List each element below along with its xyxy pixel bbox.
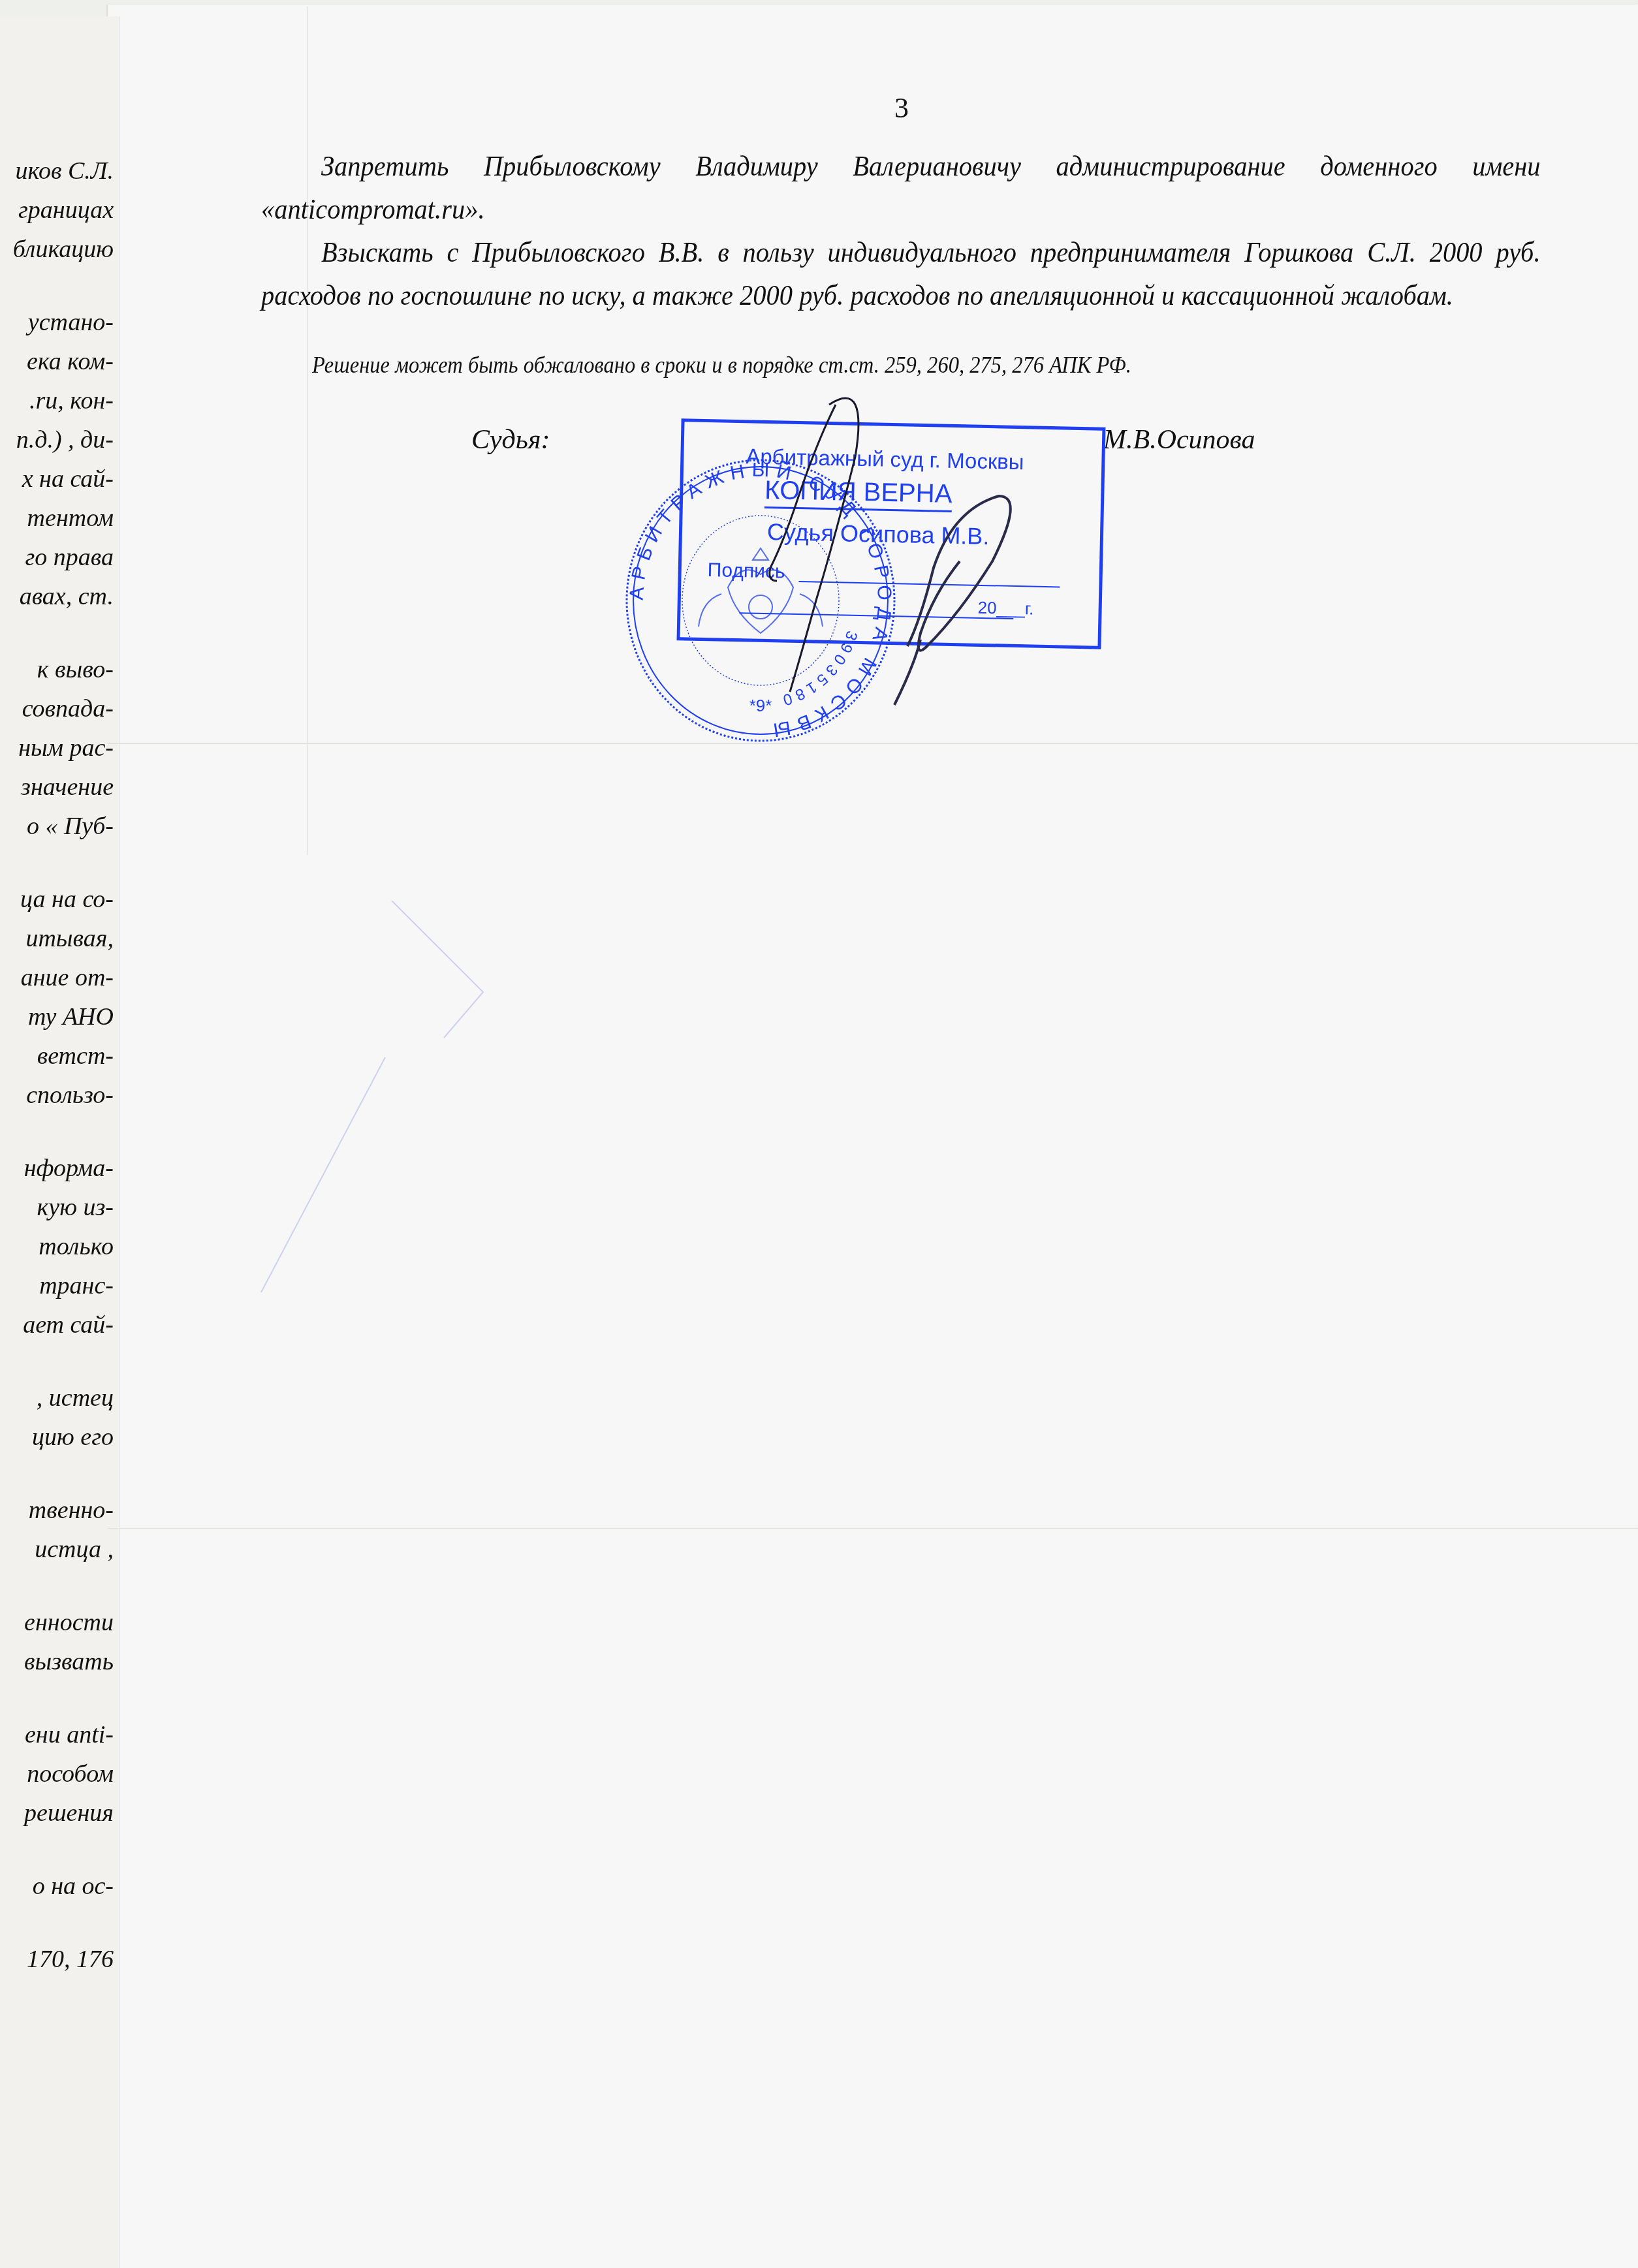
previous-page-line: иков С.Л. <box>16 157 114 185</box>
previous-page-line: нформа- <box>24 1154 114 1183</box>
page-number: 3 <box>894 91 909 125</box>
previous-page-line: п.д.) , ди- <box>16 426 114 454</box>
previous-page-line: го права <box>25 543 114 572</box>
previous-page-line: ным рас- <box>18 734 114 762</box>
fold-line <box>108 1527 1638 1529</box>
previous-page-line: только <box>39 1232 114 1261</box>
previous-page-line: о « Пуб- <box>27 812 114 841</box>
ruling-paragraph-costs: Взыскать с Прибыловского В.В. в пользу и… <box>261 231 1541 317</box>
previous-page-line: совпада- <box>22 694 114 723</box>
previous-page-line: ца на со- <box>20 885 114 914</box>
previous-page-line: бликацию <box>13 235 114 264</box>
previous-page-line: вызвать <box>24 1647 114 1676</box>
previous-page-line: ени anti- <box>25 1720 114 1749</box>
previous-page-line: к выво- <box>37 655 114 684</box>
faint-stamp-bleedthrough <box>196 901 588 1292</box>
previous-page-line: .ru, кон- <box>29 386 114 415</box>
previous-page-line: о на ос- <box>33 1872 114 1901</box>
fold-line <box>307 7 308 855</box>
ruling-paragraph-domain-ban: Запретить Прибыловскому Владимиру Валери… <box>261 145 1541 231</box>
previous-page-line: цию его <box>32 1423 114 1452</box>
previous-page-line: ветст- <box>37 1042 114 1070</box>
previous-page-line: кую из- <box>37 1193 114 1222</box>
judge-name: М.В.Осипова <box>1103 424 1255 456</box>
previous-page-line: х на сай- <box>22 465 114 493</box>
previous-page-line: транс- <box>39 1271 114 1300</box>
previous-page-line: значение <box>21 773 114 801</box>
previous-page-line: границах <box>18 196 114 225</box>
previous-page-line: решения <box>24 1799 114 1827</box>
previous-page-line: ает сай- <box>23 1311 114 1339</box>
previous-page-line: авах, ст. <box>20 582 114 611</box>
previous-page-line: тентом <box>27 504 114 533</box>
previous-page-line: устано- <box>28 308 114 337</box>
appeal-notice: Решение может быть обжаловано в сроки и … <box>312 352 1131 379</box>
previous-page-line: енности <box>24 1608 114 1637</box>
previous-page-line: ека ком- <box>27 347 114 376</box>
previous-page-line: итывая, <box>25 924 114 953</box>
previous-page-line: ание от- <box>21 963 114 992</box>
previous-page-line: пособом <box>27 1760 114 1788</box>
previous-page-line: ту АНО <box>28 1002 114 1031</box>
handwritten-signature <box>705 392 1071 731</box>
previous-page-line: 170, 176 <box>27 1945 114 1974</box>
judge-label: Судья: <box>471 424 550 456</box>
previous-page-line: , истец <box>37 1384 114 1412</box>
previous-page-line: твенно- <box>29 1496 114 1525</box>
previous-page-line: спользо- <box>26 1081 114 1110</box>
previous-page-strip: иков С.Л.границахбликациюустано-ека ком-… <box>0 16 119 2268</box>
previous-page-line: истца , <box>35 1535 114 1564</box>
